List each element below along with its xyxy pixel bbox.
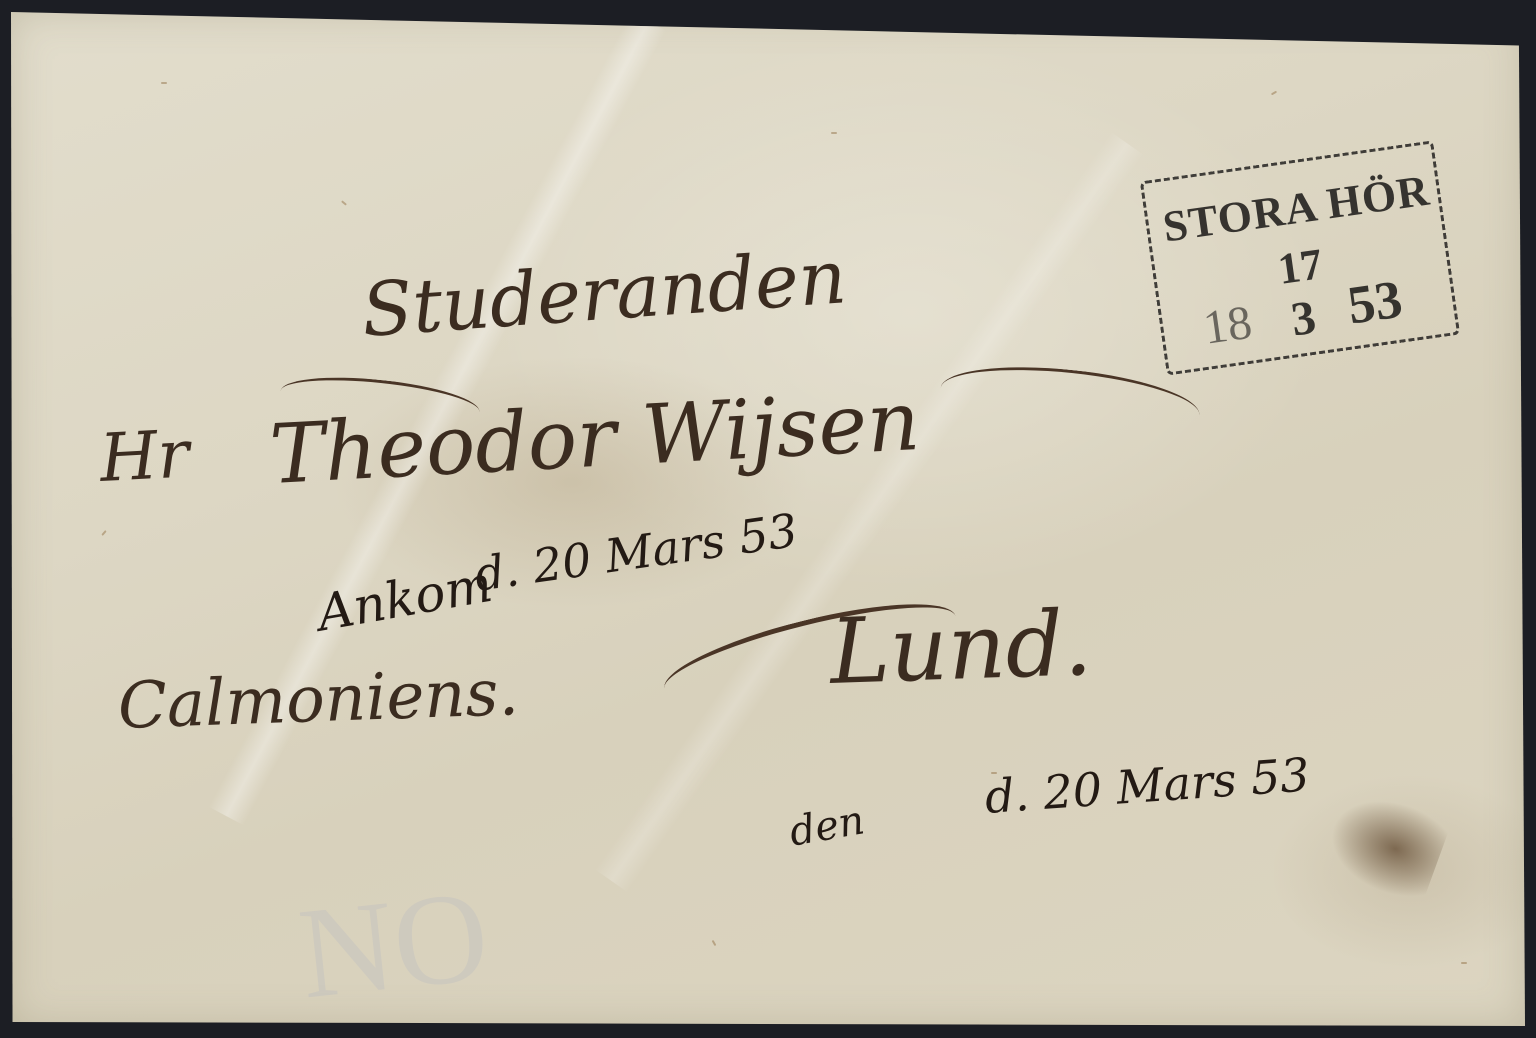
paper-speck bbox=[712, 940, 717, 946]
postmark-town: STORA HÖR bbox=[1160, 165, 1433, 253]
rectangular-postmark: STORA HÖR 17 18 3 53 bbox=[1140, 140, 1460, 375]
paper-speck bbox=[1271, 91, 1277, 96]
paper-speck bbox=[831, 132, 837, 134]
paper-speck bbox=[101, 530, 106, 536]
paper-speck bbox=[161, 82, 167, 84]
address-title-hr: Hr bbox=[98, 415, 191, 497]
postmark-month: 3 bbox=[1288, 290, 1319, 348]
paper-speck bbox=[1461, 962, 1467, 964]
postmark-year-prefix: 18 bbox=[1200, 295, 1255, 356]
paper-speck bbox=[341, 200, 347, 205]
postmark-year: 53 bbox=[1344, 268, 1406, 337]
postmark-day: 17 bbox=[1275, 238, 1326, 295]
faint-offset-mark: NO bbox=[293, 861, 495, 1030]
origin-note: Calmoniens. bbox=[117, 656, 520, 744]
